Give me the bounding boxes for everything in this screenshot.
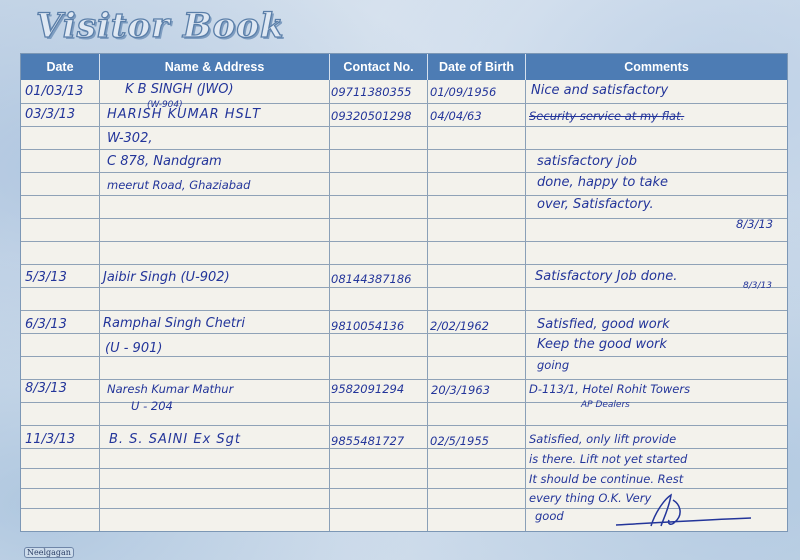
signature-icon — [611, 490, 761, 530]
divider — [329, 80, 330, 531]
entry-date: 5/3/13 — [25, 270, 67, 286]
ruled-line — [21, 488, 787, 489]
entry-comment: Keep the good work — [537, 337, 667, 353]
ruled-line — [21, 468, 787, 469]
entry-date: 03/3/13 — [25, 107, 75, 123]
entry-address: meerut Road, Ghaziabad — [107, 177, 250, 193]
entry-address: C 878, Nandgram — [107, 154, 222, 170]
ruled-line — [21, 103, 787, 104]
entry-name: Naresh Kumar Mathur — [107, 381, 233, 397]
entry-comment: Satisfied, only lift provide — [529, 431, 676, 447]
entry-comment: satisfactory job — [537, 154, 637, 170]
entry-contact: 9582091294 — [331, 381, 404, 397]
entry-dob: 02/5/1955 — [430, 433, 489, 449]
ruled-line — [21, 379, 787, 380]
ruled-line — [21, 241, 787, 242]
ruled-line — [21, 172, 787, 173]
entry-comment: D-113/1, Hotel Rohit Towers — [529, 381, 690, 397]
entry-address: U - 204 — [131, 398, 173, 414]
entry-comment: Security service at my flat. — [529, 108, 684, 124]
table-header: Date Name & Address Contact No. Date of … — [21, 54, 787, 80]
entry-comment: Nice and satisfactory — [531, 83, 668, 99]
divider — [427, 80, 428, 531]
ruled-line — [21, 149, 787, 150]
entry-contact: 09320501298 — [331, 108, 411, 124]
entry-date: 01/03/13 — [25, 84, 83, 100]
entry-comment: good — [535, 508, 564, 524]
entry-comment: going — [537, 357, 569, 373]
entry-comment-date: 8/3/13 — [743, 278, 772, 294]
entry-comment: It should be continue. Rest — [529, 471, 683, 487]
divider — [525, 80, 526, 531]
entry-dob: 20/3/1963 — [431, 382, 490, 398]
visitor-table: Date Name & Address Contact No. Date of … — [20, 53, 788, 532]
ruled-line — [21, 310, 787, 311]
entry-comment: AP Dealers — [581, 397, 630, 413]
entry-comment-date: 8/3/13 — [736, 216, 773, 232]
entry-dob: 01/09/1956 — [430, 84, 496, 100]
entry-date: 11/3/13 — [25, 432, 75, 448]
ruled-line — [21, 195, 787, 196]
entry-comment: over, Satisfactory. — [537, 197, 654, 213]
entry-contact: 09711380355 — [331, 84, 411, 100]
entry-comment: Satisfied, good work — [537, 317, 670, 333]
ruled-line — [21, 287, 787, 288]
entry-dob: 2/02/1962 — [430, 318, 489, 334]
entry-comment: done, happy to take — [537, 175, 668, 191]
col-name-address: Name & Address — [100, 54, 329, 80]
entry-name: Jaibir Singh (U-902) — [103, 270, 230, 286]
entry-dob: 04/04/63 — [430, 108, 482, 124]
entry-date: 6/3/13 — [25, 317, 67, 333]
entry-name: HARISH KUMAR HSLT — [107, 107, 261, 123]
entry-name: Ramphal Singh Chetri — [103, 316, 245, 332]
entry-date: 8/3/13 — [25, 381, 67, 397]
col-contact: Contact No. — [330, 54, 427, 80]
ruled-line — [21, 126, 787, 127]
brand-label: Neelgagan — [24, 547, 74, 558]
entry-address: W-302, — [107, 131, 152, 147]
entry-name: B. S. SAINI Ex Sgt — [109, 432, 241, 448]
entry-contact: 9855481727 — [331, 433, 404, 449]
col-dob: Date of Birth — [428, 54, 525, 80]
entry-contact: 9810054136 — [331, 318, 404, 334]
entry-comment: Satisfactory Job done. — [535, 269, 677, 285]
entry-comment: is there. Lift not yet started — [529, 451, 687, 467]
ruled-line — [21, 218, 787, 219]
ruled-line — [21, 425, 787, 426]
ruled-line — [21, 264, 787, 265]
entry-name: K B SINGH (JWO) — [125, 82, 234, 98]
divider — [99, 80, 100, 531]
entry-address: (U - 901) — [105, 341, 162, 357]
entry-contact: 08144387186 — [331, 271, 411, 287]
col-comments: Comments — [526, 54, 787, 80]
book-title: Visitor Book — [36, 6, 285, 46]
col-date: Date — [21, 54, 99, 80]
